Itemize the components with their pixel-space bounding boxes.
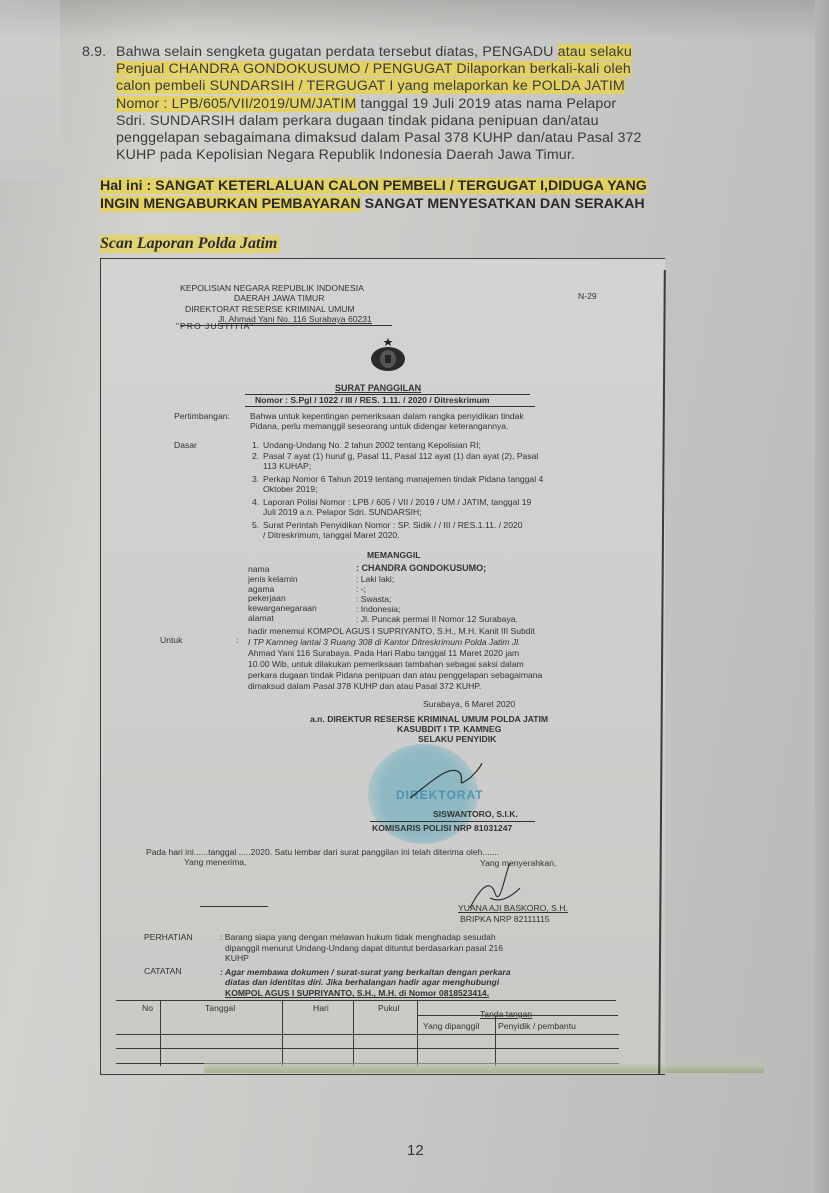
scan-frame [100, 258, 665, 1075]
paper-edge [815, 0, 829, 1193]
paper-fold [0, 0, 60, 180]
highlight: calon pembeli SUNDARSIH / TERGUGAT I yan… [116, 78, 625, 94]
highlight: Nomor : LPB/605/VII/2019/UM/JATIM [116, 96, 356, 112]
photo-shadow [0, 0, 829, 40]
page-number: 12 [407, 1142, 424, 1159]
paragraph-8-9: 8.9. Bahwa selain sengketa gugatan perda… [82, 44, 730, 164]
paragraph-number: 8.9. [82, 44, 106, 61]
highlight: Penjual CHANDRA GONDOKUSUMO / PENGUGAT D… [116, 61, 631, 77]
scan-title: Scan Laporan Polda Jatim [100, 235, 280, 253]
emphasis-statement: Hal ini : SANGAT KETERLALUAN CALON PEMBE… [100, 178, 730, 213]
highlight: atau selaku [558, 44, 632, 60]
